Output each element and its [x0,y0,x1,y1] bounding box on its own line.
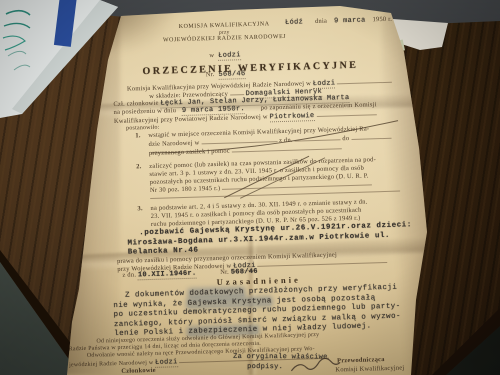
letterhead-city: Łodzi [218,51,241,61]
item-1-line-2a: dzie Narodowej w [148,139,199,148]
blank-rule [316,109,376,117]
item-1-line-2b: z dn. [279,137,293,144]
justification-line-1a: Z dokumentów [125,290,190,300]
justification-line-2a: nie wynika, że [113,299,187,309]
intro-line-3-print: Czł. członkowie [113,100,158,108]
item-3-cont-3a: z dn. [122,271,136,278]
item-2-number: 2. [136,163,142,171]
date-day: 9 marca [334,16,366,25]
item-1-line-2c: do [342,135,349,142]
justification-paragraph: Z dokumentów dodatkowych przedłożonych p… [113,284,401,340]
item-2: 2. zaliczyć pomoc (lub zasiłek) na czas … [149,155,408,199]
signature-members-label: Członkowie [121,367,156,375]
signature-chair-label: Przewodnicząca [337,356,385,365]
certification-stamp: Za oryginale właściwe podpisy. [233,353,328,373]
appeal-line-4-typed: Łodzi [155,358,178,368]
item-3-cont-3b: Nr. [220,269,229,276]
blank-rule [230,89,244,95]
blank-rule [337,77,392,85]
blank-rule [351,133,391,140]
blank-rule [201,136,277,144]
date-year: 1950 r. [372,16,392,24]
date-city: Łódź [285,18,303,27]
blank-rule [294,134,340,141]
date-dnia: dnia [315,18,327,25]
certification-line-1: Za oryginale właściwe [233,353,328,363]
photo-scene: KOMISJA KWALIFIKACYJNA przy WOJEWÓDZKIEJ… [0,0,500,375]
justification-line-1-highlight: dodatkowych [189,288,244,298]
item-3-number: 3. [137,205,143,213]
letterhead-city-prefix: w [209,52,214,59]
item-2-line-4-text: Nr 30 poz. 180 z 1945 r.) [150,185,221,194]
certification-line-2: podpisy. [233,363,328,373]
signature-chair-org: Komisji Kwalifikacyjnej [335,364,404,374]
item-1: 1. wstąpić w miejsce orzeczenia Komisji … [148,125,401,158]
item-1-line-3-text: przyznanego zasiłek i pomoc [149,147,230,156]
item-1-number: 1. [135,132,141,140]
intro-line-5-typed: Piotrkowie [269,112,314,122]
